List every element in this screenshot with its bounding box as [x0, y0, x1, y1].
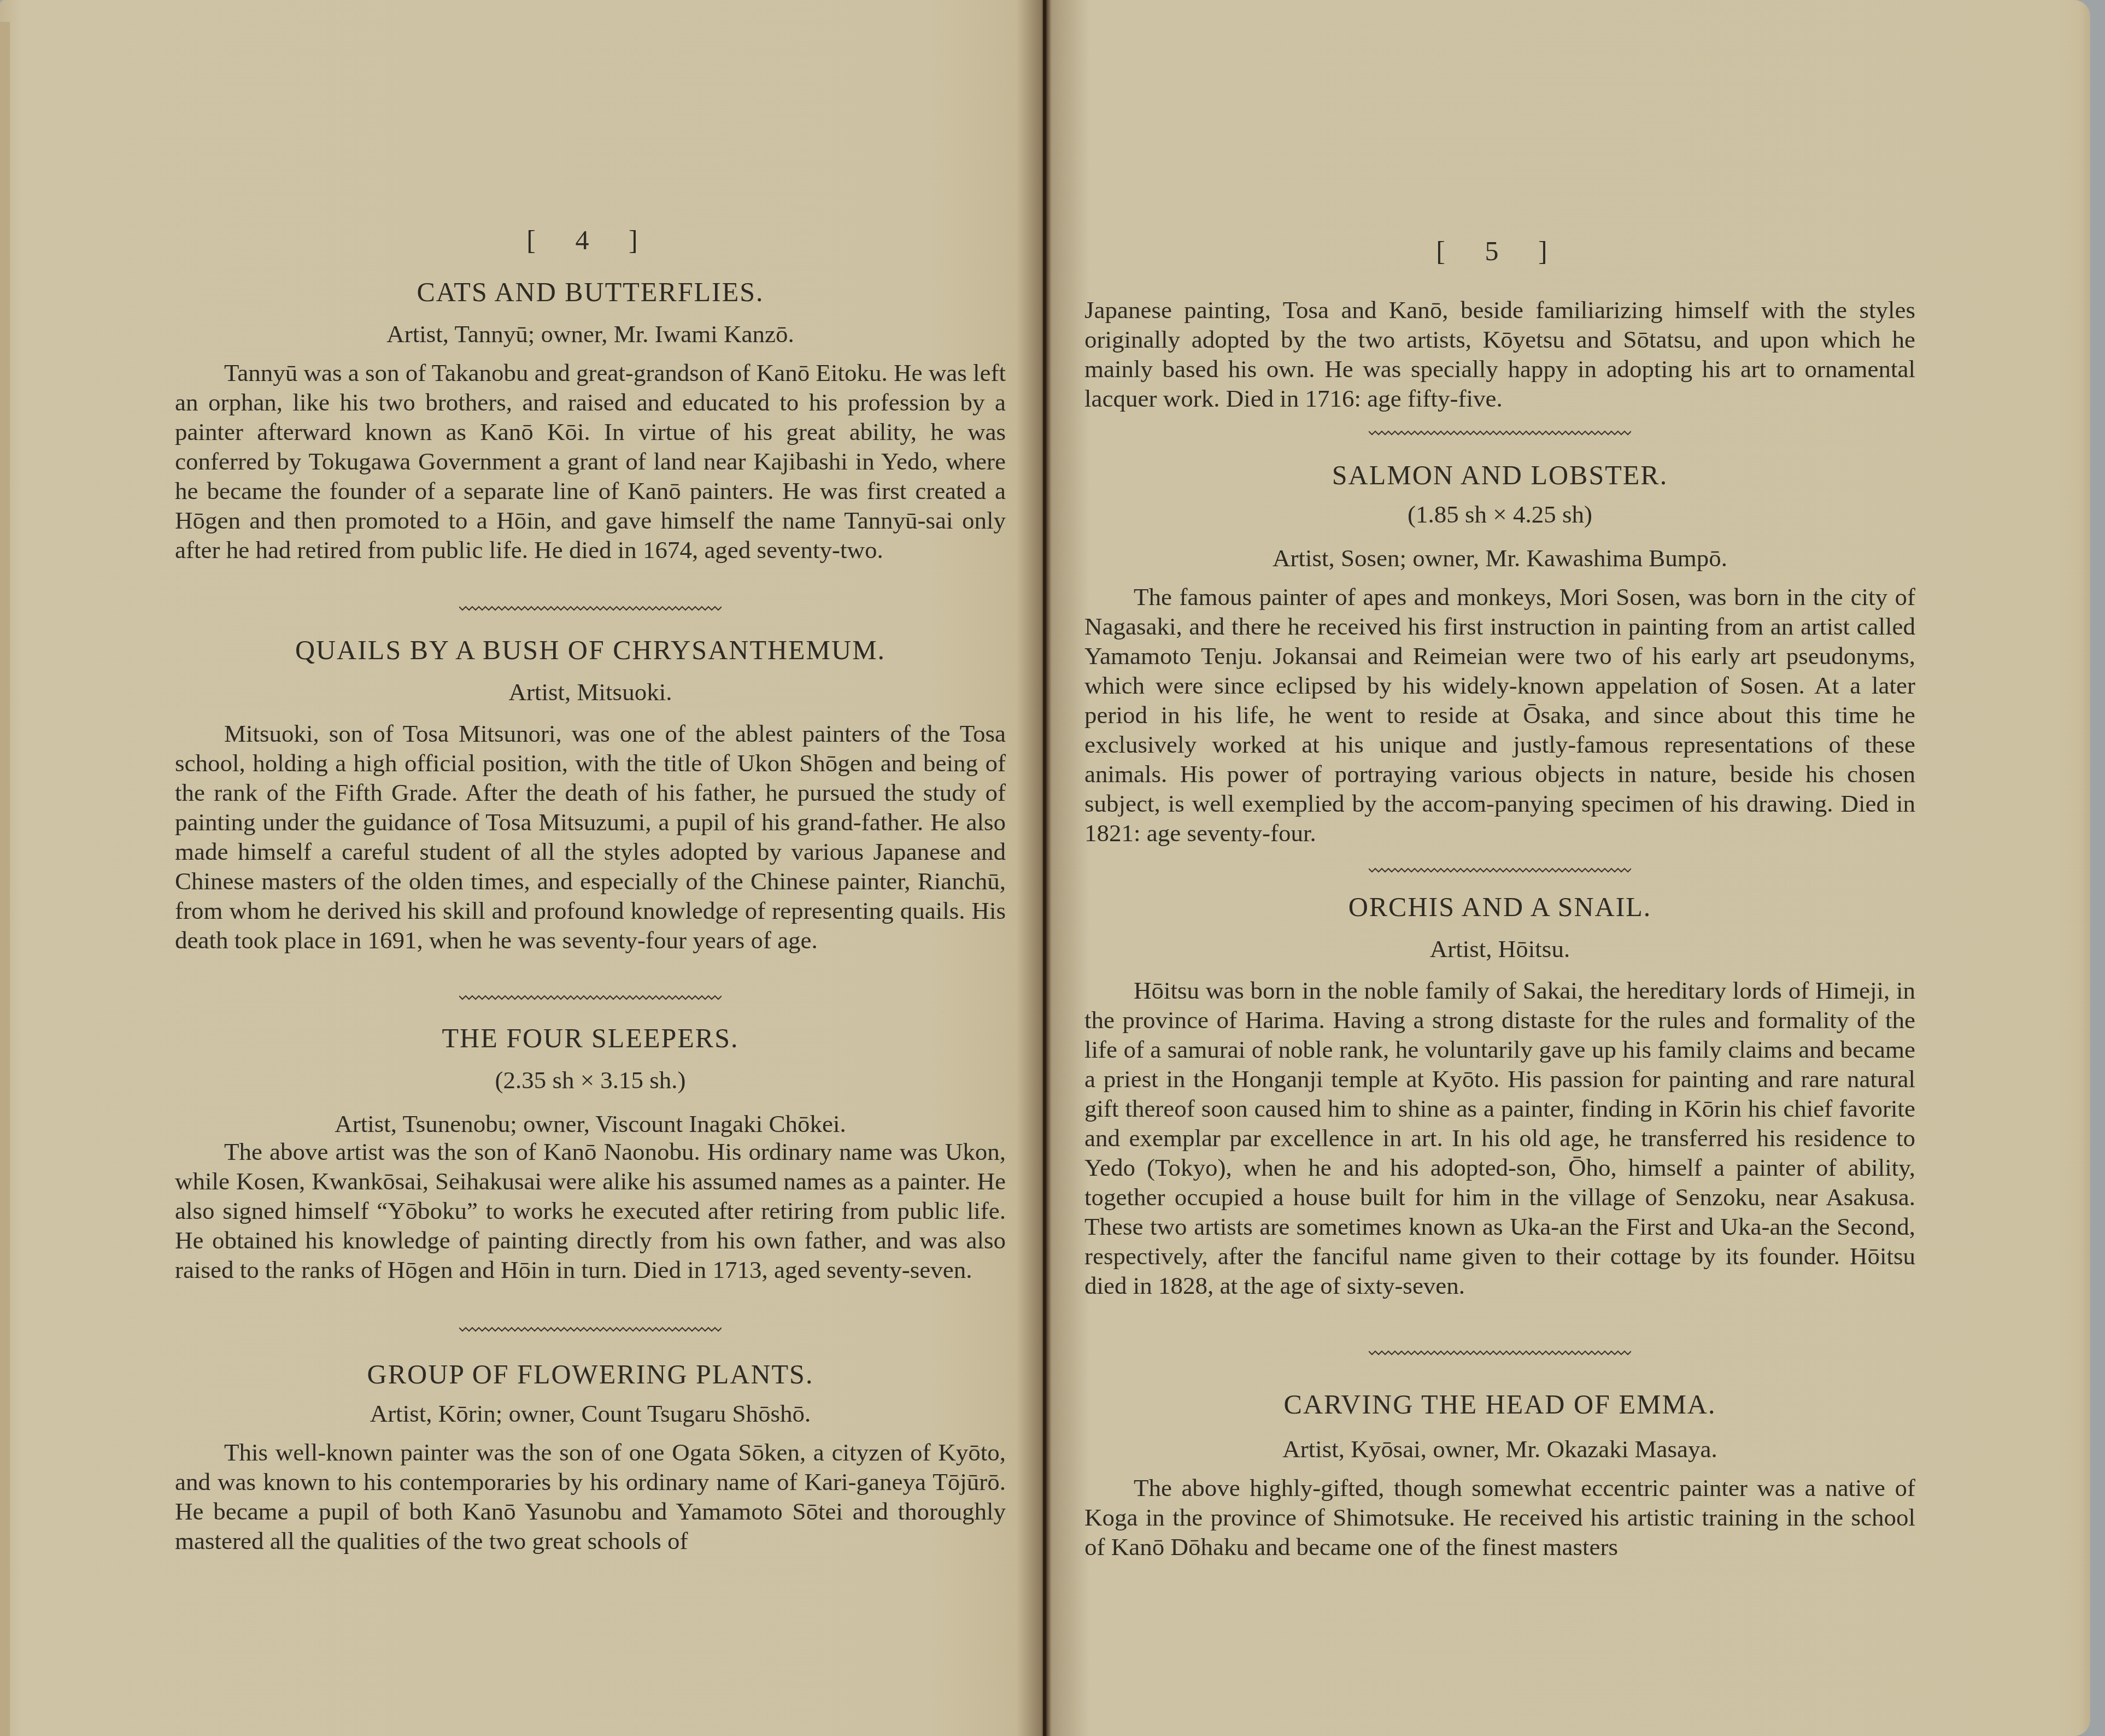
- continued-text: Japanese painting, Tosa and Kanō, beside…: [1084, 295, 1915, 413]
- wavy-divider: [459, 605, 722, 612]
- section-body: The above artist was the son of Kanō Nao…: [175, 1137, 1006, 1285]
- section-title: GROUP OF FLOWERING PLANTS.: [175, 1358, 1006, 1390]
- section-body: Hōitsu was born in the noble family of S…: [1084, 976, 1915, 1300]
- left-page: [ 4 ] CATS AND BUTTERFLIES. Artist, Tann…: [0, 0, 1045, 1736]
- section-body: This well-known painter was the son of o…: [175, 1438, 1006, 1556]
- dimensions: (1.85 sh × 4.25 sh): [1084, 500, 1915, 529]
- page-number: [ 4 ]: [175, 224, 1006, 256]
- page-number: [ 5 ]: [1084, 235, 1915, 267]
- section-attribution: Artist, Tannyū; owner, Mr. Iwami Kanzō.: [175, 320, 1006, 348]
- section-title: THE FOUR SLEEPERS.: [175, 1022, 1006, 1054]
- background-edge: [2090, 0, 2105, 1736]
- dimensions: (2.35 sh × 3.15 sh.): [175, 1066, 1006, 1094]
- section-attribution: Artist, Hōitsu.: [1084, 935, 1915, 963]
- book-spread: [ 4 ] CATS AND BUTTERFLIES. Artist, Tann…: [0, 0, 2105, 1736]
- page-edge: [0, 22, 10, 1736]
- section-attribution: Artist, Kyōsai, owner, Mr. Okazaki Masay…: [1084, 1435, 1915, 1463]
- section-attribution: Artist, Kōrin; owner, Count Tsugaru Shōs…: [175, 1399, 1006, 1428]
- section-body: Mitsuoki, son of Tosa Mitsunori, was one…: [175, 719, 1006, 955]
- right-page-content: [ 5 ] Japanese painting, Tosa and Kanō, …: [1084, 0, 1915, 1736]
- wavy-divider: [1369, 1349, 1631, 1357]
- right-page: [ 5 ] Japanese painting, Tosa and Kanō, …: [1046, 0, 2090, 1736]
- section-body: The above highly-gifted, though somewhat…: [1084, 1473, 1915, 1562]
- section-title: SALMON AND LOBSTER.: [1084, 459, 1915, 491]
- section-attribution: Artist, Tsunenobu; owner, Viscount Inaga…: [175, 1110, 1006, 1138]
- section-body: The famous painter of apes and monkeys, …: [1084, 582, 1915, 848]
- section-title: CATS AND BUTTERFLIES.: [175, 276, 1006, 308]
- section-attribution: Artist, Sosen; owner, Mr. Kawashima Bump…: [1084, 544, 1915, 572]
- wavy-divider: [1369, 429, 1631, 437]
- section-title: QUAILS BY A BUSH OF CHRYSANTHEMUM.: [175, 634, 1006, 666]
- section-body: Tannyū was a son of Takanobu and great-g…: [175, 358, 1006, 565]
- section-attribution: Artist, Mitsuoki.: [175, 678, 1006, 706]
- wavy-divider: [459, 994, 722, 1001]
- wavy-divider: [1369, 866, 1631, 874]
- section-title: CARVING THE HEAD OF EMMA.: [1084, 1388, 1915, 1420]
- wavy-divider: [459, 1326, 722, 1333]
- section-title: ORCHIS AND A SNAIL.: [1084, 891, 1915, 923]
- left-page-content: [ 4 ] CATS AND BUTTERFLIES. Artist, Tann…: [175, 0, 1006, 1736]
